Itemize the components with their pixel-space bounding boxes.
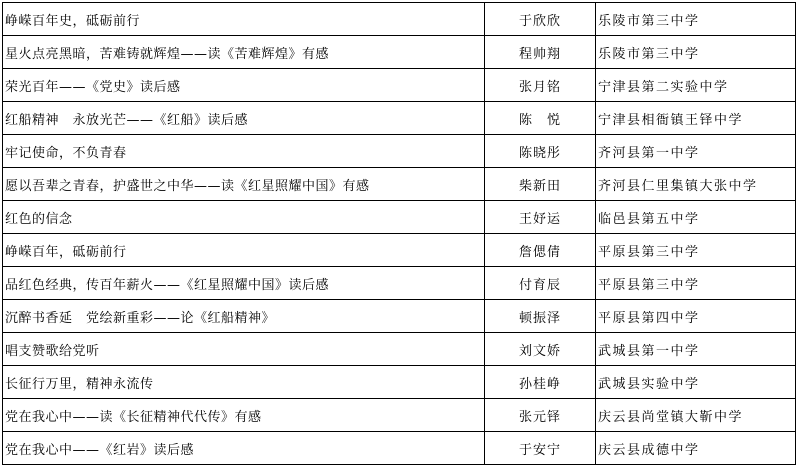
essay-title-cell: 红船精神 永放光芒——《红船》读后感 bbox=[3, 102, 485, 135]
essay-title: 党在我心中——《红岩》读后感 bbox=[5, 443, 194, 458]
author-name: 王妤运 bbox=[519, 212, 561, 227]
author-cell: 刘文娇 bbox=[485, 333, 596, 366]
school-cell: 临邑县第五中学 bbox=[596, 201, 796, 234]
school-cell: 齐河县第一中学 bbox=[596, 135, 796, 168]
essay-title: 长征行万里，精神永流传 bbox=[5, 377, 154, 392]
table-row: 峥嵘百年，砥砺前行 詹偲倩 平原县第三中学 bbox=[3, 234, 796, 267]
author-cell: 于欣欣 bbox=[485, 3, 596, 36]
author-name: 陈 悦 bbox=[519, 113, 561, 128]
school-name: 平原县第四中学 bbox=[598, 311, 700, 326]
essay-title-cell: 牢记使命，不负青春 bbox=[3, 135, 485, 168]
essay-title: 沉醉书香延 党绘新重彩——论《红船精神》 bbox=[5, 311, 275, 326]
essay-title: 牢记使命，不负青春 bbox=[5, 146, 127, 161]
essay-title-cell: 党在我心中——读《长征精神代代传》有感 bbox=[3, 399, 485, 432]
school-name: 宁津县相衙镇王铎中学 bbox=[598, 113, 743, 128]
author-cell: 于安宁 bbox=[485, 432, 596, 465]
author-name: 于欣欣 bbox=[519, 14, 561, 29]
essay-title-cell: 愿以吾辈之青春，护盛世之中华——读《红星照耀中国》有感 bbox=[3, 168, 485, 201]
table-row: 党在我心中——读《长征精神代代传》有感 张元铎 庆云县尚堂镇大靳中学 bbox=[3, 399, 796, 432]
table-row: 长征行万里，精神永流传 孙桂峥 武城县实验中学 bbox=[3, 366, 796, 399]
table-row: 红色的信念 王妤运 临邑县第五中学 bbox=[3, 201, 796, 234]
school-cell: 宁津县第二实验中学 bbox=[596, 69, 796, 102]
school-name: 乐陵市第三中学 bbox=[598, 47, 700, 62]
author-name: 詹偲倩 bbox=[519, 245, 561, 260]
author-name: 刘文娇 bbox=[519, 344, 561, 359]
essay-title-cell: 峥嵘百年史，砥砺前行 bbox=[3, 3, 485, 36]
author-name: 张元铎 bbox=[519, 410, 561, 425]
author-name: 张月铭 bbox=[519, 80, 561, 95]
school-name: 临邑县第五中学 bbox=[598, 212, 700, 227]
essay-title-cell: 峥嵘百年，砥砺前行 bbox=[3, 234, 485, 267]
essay-title: 峥嵘百年史，砥砺前行 bbox=[5, 14, 140, 29]
school-cell: 平原县第四中学 bbox=[596, 300, 796, 333]
essay-title-cell: 品红色经典，传百年薪火——《红星照耀中国》读后感 bbox=[3, 267, 485, 300]
author-cell: 程帅翔 bbox=[485, 36, 596, 69]
school-name: 武城县实验中学 bbox=[598, 377, 700, 392]
essay-title-cell: 荣光百年——《党史》读后感 bbox=[3, 69, 485, 102]
essay-title-cell: 红色的信念 bbox=[3, 201, 485, 234]
author-name: 柴新田 bbox=[519, 179, 561, 194]
school-name: 齐河县仁里集镇大张中学 bbox=[598, 179, 758, 194]
school-cell: 宁津县相衙镇王铎中学 bbox=[596, 102, 796, 135]
essay-title-cell: 唱支赞歌给党听 bbox=[3, 333, 485, 366]
author-name: 陈晓彤 bbox=[519, 146, 561, 161]
essay-title-cell: 沉醉书香延 党绘新重彩——论《红船精神》 bbox=[3, 300, 485, 333]
essay-title: 党在我心中——读《长征精神代代传》有感 bbox=[5, 410, 262, 425]
essay-title: 唱支赞歌给党听 bbox=[5, 344, 100, 359]
essay-title: 愿以吾辈之青春，护盛世之中华——读《红星照耀中国》有感 bbox=[5, 179, 370, 194]
author-name: 程帅翔 bbox=[519, 47, 561, 62]
school-cell: 庆云县尚堂镇大靳中学 bbox=[596, 399, 796, 432]
author-cell: 詹偲倩 bbox=[485, 234, 596, 267]
school-name: 庆云县成德中学 bbox=[598, 443, 700, 458]
school-cell: 武城县第一中学 bbox=[596, 333, 796, 366]
table-row: 红船精神 永放光芒——《红船》读后感 陈 悦 宁津县相衙镇王铎中学 bbox=[3, 102, 796, 135]
essay-title-cell: 星火点亮黑暗，苦难铸就辉煌——读《苦难辉煌》有感 bbox=[3, 36, 485, 69]
author-cell: 张元铎 bbox=[485, 399, 596, 432]
table-row: 唱支赞歌给党听 刘文娇 武城县第一中学 bbox=[3, 333, 796, 366]
author-cell: 孙桂峥 bbox=[485, 366, 596, 399]
essay-title: 红船精神 永放光芒——《红船》读后感 bbox=[5, 113, 248, 128]
author-cell: 王妤运 bbox=[485, 201, 596, 234]
essay-title: 峥嵘百年，砥砺前行 bbox=[5, 245, 127, 260]
author-name: 付育辰 bbox=[519, 278, 561, 293]
table-row: 荣光百年——《党史》读后感 张月铭 宁津县第二实验中学 bbox=[3, 69, 796, 102]
table-body: 峥嵘百年史，砥砺前行 于欣欣 乐陵市第三中学 星火点亮黑暗，苦难铸就辉煌——读《… bbox=[3, 3, 796, 465]
school-cell: 乐陵市第三中学 bbox=[596, 36, 796, 69]
essay-title-cell: 党在我心中——《红岩》读后感 bbox=[3, 432, 485, 465]
school-cell: 平原县第三中学 bbox=[596, 267, 796, 300]
table-row: 愿以吾辈之青春，护盛世之中华——读《红星照耀中国》有感 柴新田 齐河县仁里集镇大… bbox=[3, 168, 796, 201]
author-cell: 付育辰 bbox=[485, 267, 596, 300]
school-name: 平原县第三中学 bbox=[598, 245, 700, 260]
table-row: 品红色经典，传百年薪火——《红星照耀中国》读后感 付育辰 平原县第三中学 bbox=[3, 267, 796, 300]
school-cell: 庆云县成德中学 bbox=[596, 432, 796, 465]
essay-title: 星火点亮黑暗，苦难铸就辉煌——读《苦难辉煌》有感 bbox=[5, 47, 329, 62]
essay-title-cell: 长征行万里，精神永流传 bbox=[3, 366, 485, 399]
essay-title: 红色的信念 bbox=[5, 212, 73, 227]
table-row: 党在我心中——《红岩》读后感 于安宁 庆云县成德中学 bbox=[3, 432, 796, 465]
school-cell: 齐河县仁里集镇大张中学 bbox=[596, 168, 796, 201]
essay-title: 品红色经典，传百年薪火——《红星照耀中国》读后感 bbox=[5, 278, 329, 293]
essay-title: 荣光百年——《党史》读后感 bbox=[5, 80, 181, 95]
school-name: 平原县第三中学 bbox=[598, 278, 700, 293]
school-name: 庆云县尚堂镇大靳中学 bbox=[598, 410, 743, 425]
school-name: 武城县第一中学 bbox=[598, 344, 700, 359]
table-row: 牢记使命，不负青春 陈晓彤 齐河县第一中学 bbox=[3, 135, 796, 168]
document-page: 峥嵘百年史，砥砺前行 于欣欣 乐陵市第三中学 星火点亮黑暗，苦难铸就辉煌——读《… bbox=[2, 2, 796, 465]
author-cell: 陈晓彤 bbox=[485, 135, 596, 168]
author-name: 顿振泽 bbox=[519, 311, 561, 326]
table-row: 峥嵘百年史，砥砺前行 于欣欣 乐陵市第三中学 bbox=[3, 3, 796, 36]
school-cell: 武城县实验中学 bbox=[596, 366, 796, 399]
school-cell: 乐陵市第三中学 bbox=[596, 3, 796, 36]
school-name: 乐陵市第三中学 bbox=[598, 14, 700, 29]
author-name: 孙桂峥 bbox=[519, 377, 561, 392]
award-list-table: 峥嵘百年史，砥砺前行 于欣欣 乐陵市第三中学 星火点亮黑暗，苦难铸就辉煌——读《… bbox=[2, 2, 796, 465]
author-cell: 顿振泽 bbox=[485, 300, 596, 333]
school-name: 宁津县第二实验中学 bbox=[598, 80, 729, 95]
author-cell: 陈 悦 bbox=[485, 102, 596, 135]
table-row: 星火点亮黑暗，苦难铸就辉煌——读《苦难辉煌》有感 程帅翔 乐陵市第三中学 bbox=[3, 36, 796, 69]
author-cell: 张月铭 bbox=[485, 69, 596, 102]
author-name: 于安宁 bbox=[519, 443, 561, 458]
school-name: 齐河县第一中学 bbox=[598, 146, 700, 161]
author-cell: 柴新田 bbox=[485, 168, 596, 201]
table-row: 沉醉书香延 党绘新重彩——论《红船精神》 顿振泽 平原县第四中学 bbox=[3, 300, 796, 333]
school-cell: 平原县第三中学 bbox=[596, 234, 796, 267]
